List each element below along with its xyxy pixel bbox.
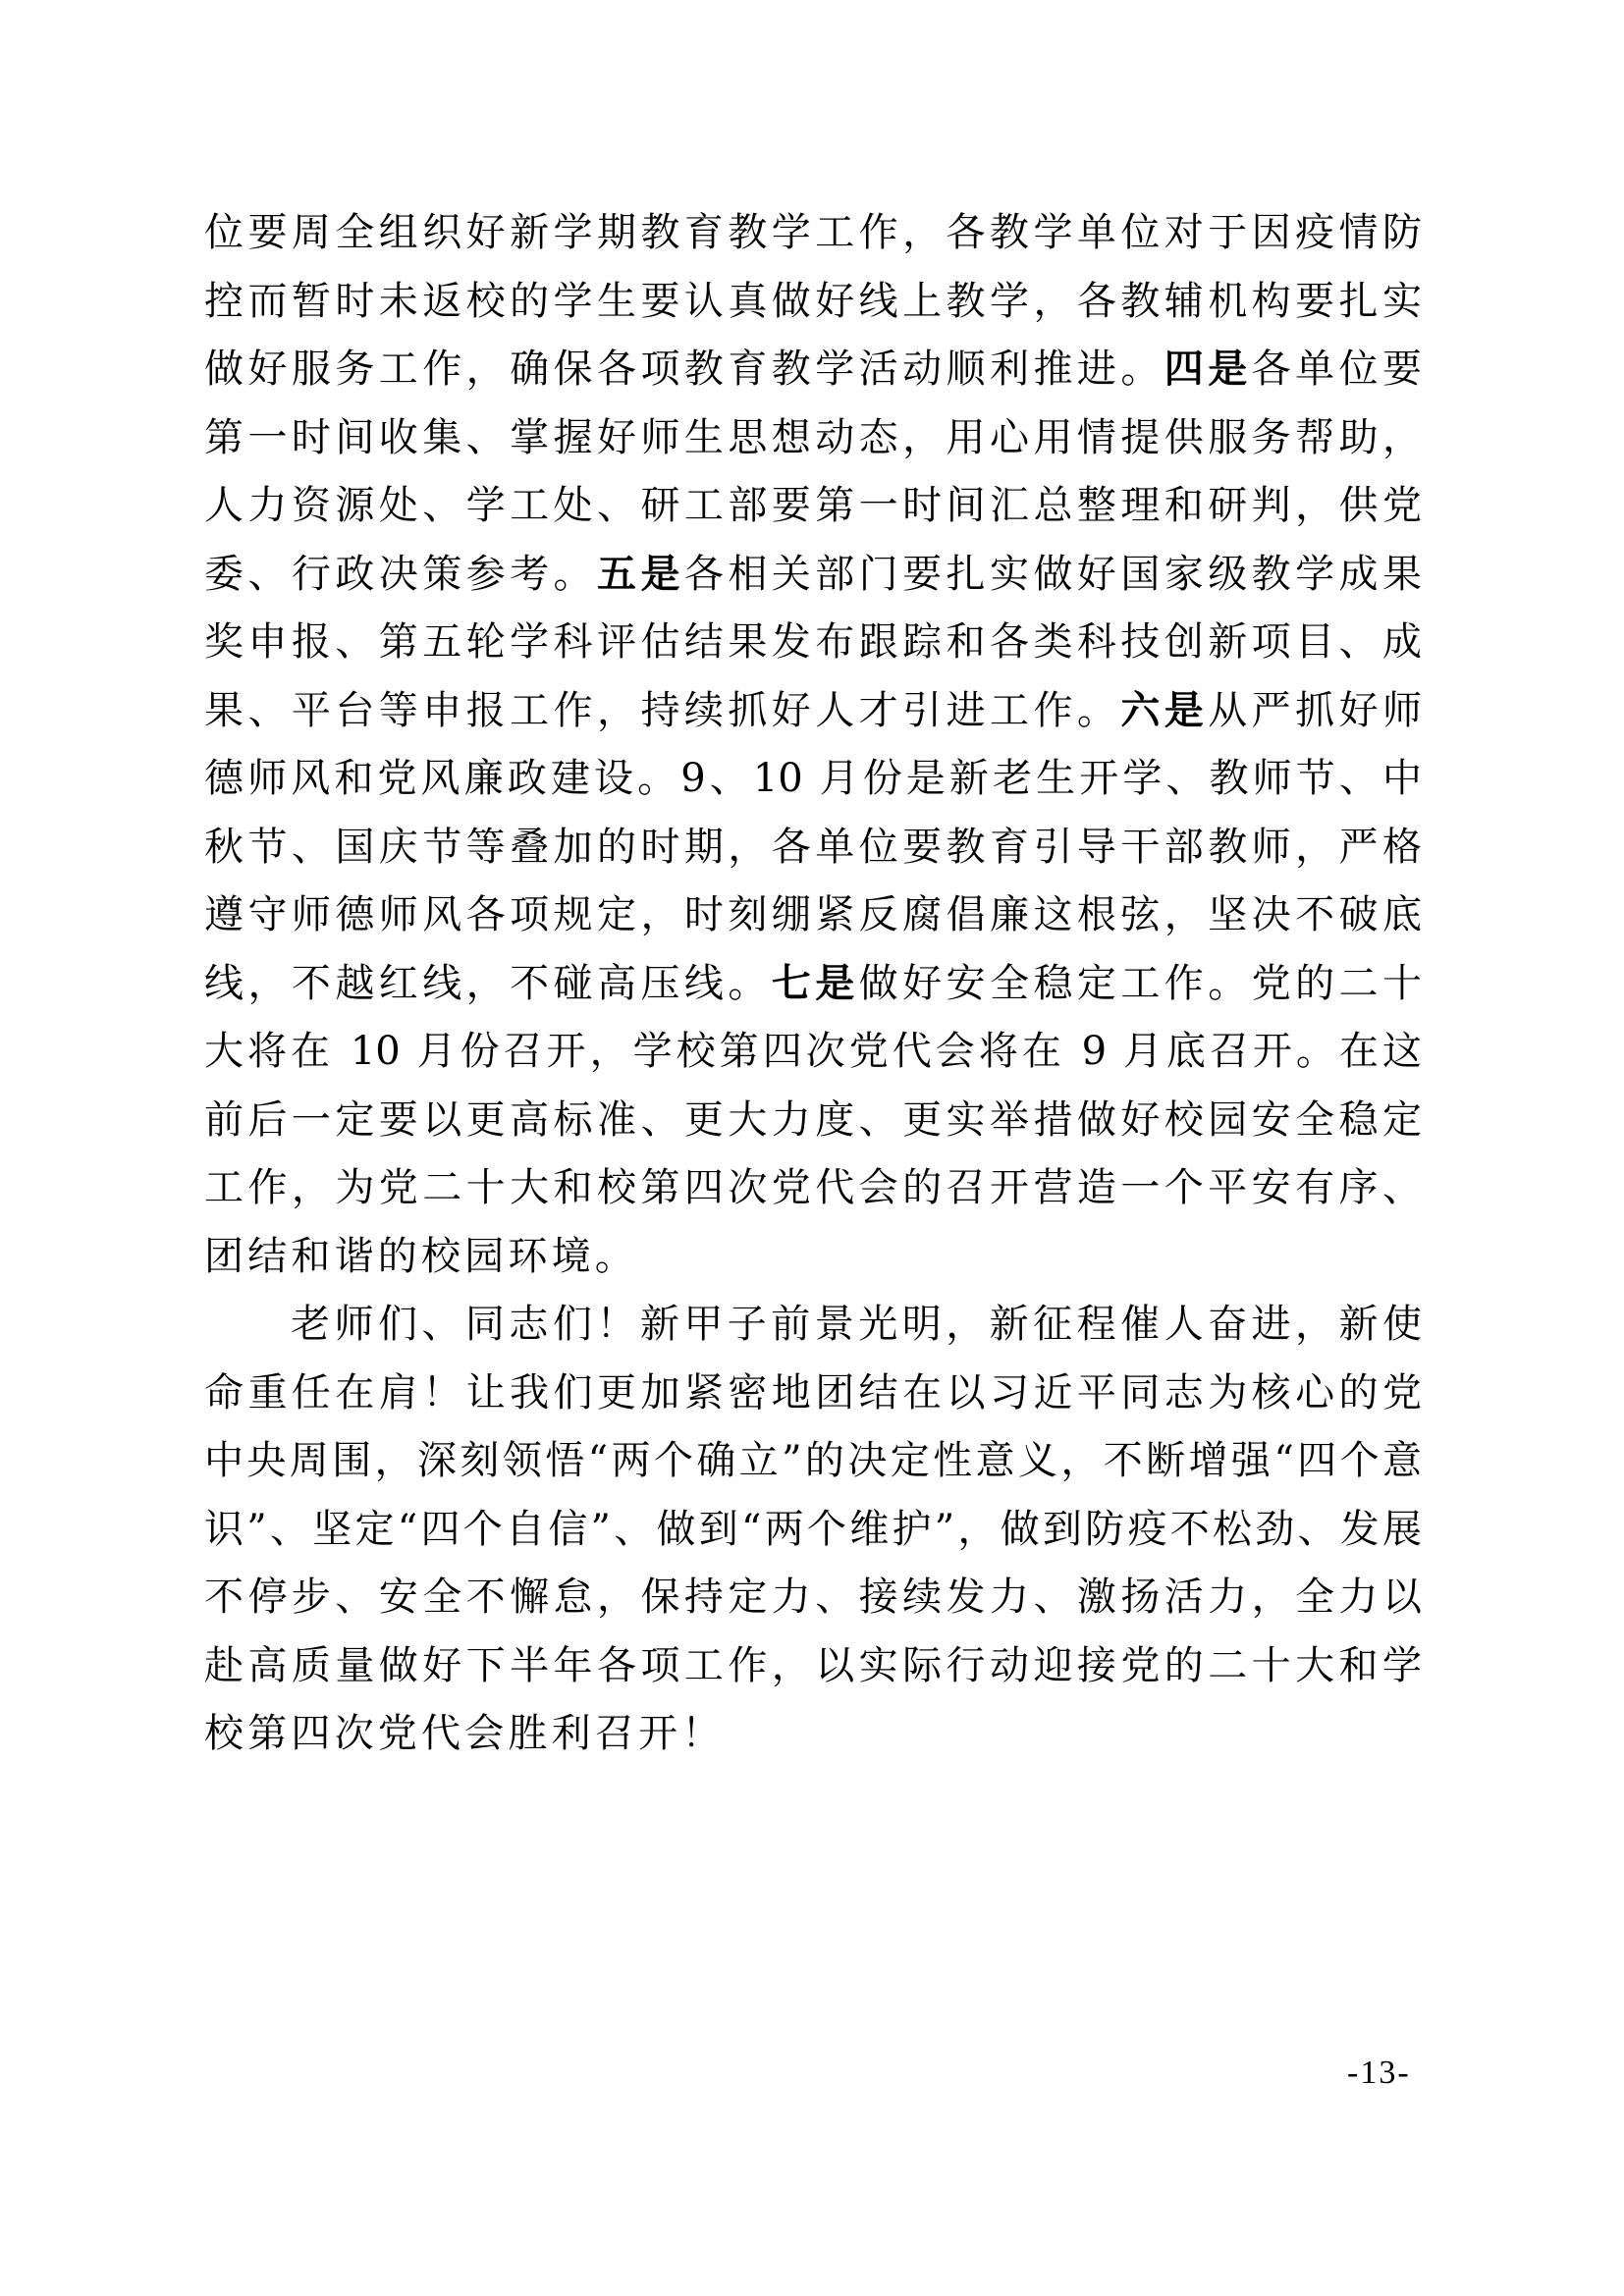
text-segment: 控而暂时未返校的学生要认真做好线上教学，各教辅机构要扎实 [204, 279, 1422, 324]
text-segment: 果、平台等申报工作，持续抓好人才引进工作。 [204, 688, 1120, 733]
text-segment: 各相关部门要扎实做好国家级教学成果 [684, 552, 1422, 597]
bold-keyword: 五是 [597, 552, 684, 597]
text-line: 命重任在肩！让我们更加紧密地团结在以习近平同志为核心的党 [204, 1363, 1422, 1432]
paragraph: 老师们、同志们！新甲子前景光明，新征程催人奋进，新使命重任在肩！让我们更加紧密地… [204, 1295, 1422, 1773]
text-line: 前后一定要以更高标准、更大力度、更实举措做好校园安全稳定 [204, 1091, 1422, 1159]
text-line: 位要周全组织好新学期教育教学工作，各教学单位对于因疫情防 [204, 203, 1422, 272]
text-line: 奖申报、第五轮学科评估结果发布跟踪和各类科技创新项目、成 [204, 613, 1422, 681]
text-line: 校第四次党代会胜利召开！ [204, 1704, 1422, 1773]
text-line: 委、行政决策参考。五是各相关部门要扎实做好国家级教学成果 [204, 545, 1422, 614]
text-line: 工作，为党二十大和校第四次党代会的召开营造一个平安有序、 [204, 1158, 1422, 1227]
text-segment: 识”、坚定“四个自信”、做到“两个维护”，做到防疫不松劲、发展 [204, 1507, 1422, 1552]
text-segment: 老师们、同志们！新甲子前景光明，新征程催人奋进，新使 [291, 1302, 1422, 1347]
text-segment: 德师风和党风廉政建设。9、10 月份是新老生开学、教师节、中 [204, 756, 1422, 801]
text-segment: 各单位要 [1252, 347, 1422, 392]
document-body: 位要周全组织好新学期教育教学工作，各教学单位对于因疫情防控而暂时未返校的学生要认… [204, 203, 1422, 1773]
text-segment: 第一时间收集、掌握好师生思想动态，用心用情提供服务帮助， [204, 415, 1422, 460]
bold-keyword: 六是 [1120, 688, 1208, 733]
text-segment: 前后一定要以更高标准、更大力度、更实举措做好校园安全稳定 [204, 1097, 1422, 1143]
text-segment: 校第四次党代会胜利召开！ [204, 1711, 725, 1756]
text-segment: 赴高质量做好下半年各项工作，以实际行动迎接党的二十大和学 [204, 1643, 1422, 1688]
text-line: 不停步、安全不懈怠，保持定力、接续发力、激扬活力，全力以 [204, 1568, 1422, 1636]
text-line: 团结和谐的校园环境。 [204, 1227, 1422, 1296]
bold-keyword: 七是 [772, 961, 859, 1006]
text-line: 中央周围，深刻领悟“两个确立”的决定性意义，不断增强“四个意 [204, 1431, 1422, 1500]
text-line: 赴高质量做好下半年各项工作，以实际行动迎接党的二十大和学 [204, 1636, 1422, 1705]
text-segment: 人力资源处、学工处、研工部要第一时间汇总整理和研判，供党 [204, 483, 1422, 528]
document-page: 位要周全组织好新学期教育教学工作，各教学单位对于因疫情防控而暂时未返校的学生要认… [0, 0, 1624, 2296]
text-segment: 大将在 10 月份召开，学校第四次党代会将在 9 月底召开。在这 [204, 1029, 1422, 1074]
text-segment: 委、行政决策参考。 [204, 552, 597, 597]
text-line: 老师们、同志们！新甲子前景光明，新征程催人奋进，新使 [204, 1295, 1422, 1363]
text-line: 大将在 10 月份召开，学校第四次党代会将在 9 月底召开。在这 [204, 1022, 1422, 1091]
text-line: 控而暂时未返校的学生要认真做好线上教学，各教辅机构要扎实 [204, 272, 1422, 341]
text-line: 第一时间收集、掌握好师生思想动态，用心用情提供服务帮助， [204, 408, 1422, 477]
text-line: 人力资源处、学工处、研工部要第一时间汇总整理和研判，供党 [204, 476, 1422, 545]
text-line: 德师风和党风廉政建设。9、10 月份是新老生开学、教师节、中 [204, 749, 1422, 818]
text-segment: 做好服务工作，确保各项教育教学活动顺利推进。 [204, 347, 1164, 392]
text-segment: 线，不越红线，不碰高压线。 [204, 961, 772, 1006]
paragraph: 位要周全组织好新学期教育教学工作，各教学单位对于因疫情防控而暂时未返校的学生要认… [204, 203, 1422, 1295]
text-line: 果、平台等申报工作，持续抓好人才引进工作。六是从严抓好师 [204, 681, 1422, 750]
text-line: 遵守师德师风各项规定，时刻绷紧反腐倡廉这根弦，坚决不破底 [204, 885, 1422, 954]
text-segment: 遵守师德师风各项规定，时刻绷紧反腐倡廉这根弦，坚决不破底 [204, 892, 1422, 937]
text-segment: 奖申报、第五轮学科评估结果发布跟踪和各类科技创新项目、成 [204, 619, 1422, 665]
text-segment: 不停步、安全不懈怠，保持定力、接续发力、激扬活力，全力以 [204, 1575, 1422, 1620]
page-number: -13- [1347, 2055, 1411, 2092]
text-segment: 团结和谐的校园环境。 [204, 1234, 638, 1279]
bold-keyword: 四是 [1164, 347, 1252, 392]
text-segment: 命重任在肩！让我们更加紧密地团结在以习近平同志为核心的党 [204, 1370, 1422, 1415]
text-line: 做好服务工作，确保各项教育教学活动顺利推进。四是各单位要 [204, 340, 1422, 408]
text-line: 秋节、国庆节等叠加的时期，各单位要教育引导干部教师，严格 [204, 818, 1422, 886]
text-segment: 工作，为党二十大和校第四次党代会的召开营造一个平安有序、 [204, 1165, 1422, 1210]
text-line: 线，不越红线，不碰高压线。七是做好安全稳定工作。党的二十 [204, 954, 1422, 1023]
text-line: 识”、坚定“四个自信”、做到“两个维护”，做到防疫不松劲、发展 [204, 1500, 1422, 1569]
text-segment: 秋节、国庆节等叠加的时期，各单位要教育引导干部教师，严格 [204, 825, 1422, 870]
text-segment: 中央周围，深刻领悟“两个确立”的决定性意义，不断增强“四个意 [204, 1438, 1422, 1483]
text-segment: 位要周全组织好新学期教育教学工作，各教学单位对于因疫情防 [204, 210, 1422, 255]
text-segment: 从严抓好师 [1208, 688, 1422, 733]
text-segment: 做好安全稳定工作。党的二十 [859, 961, 1422, 1006]
